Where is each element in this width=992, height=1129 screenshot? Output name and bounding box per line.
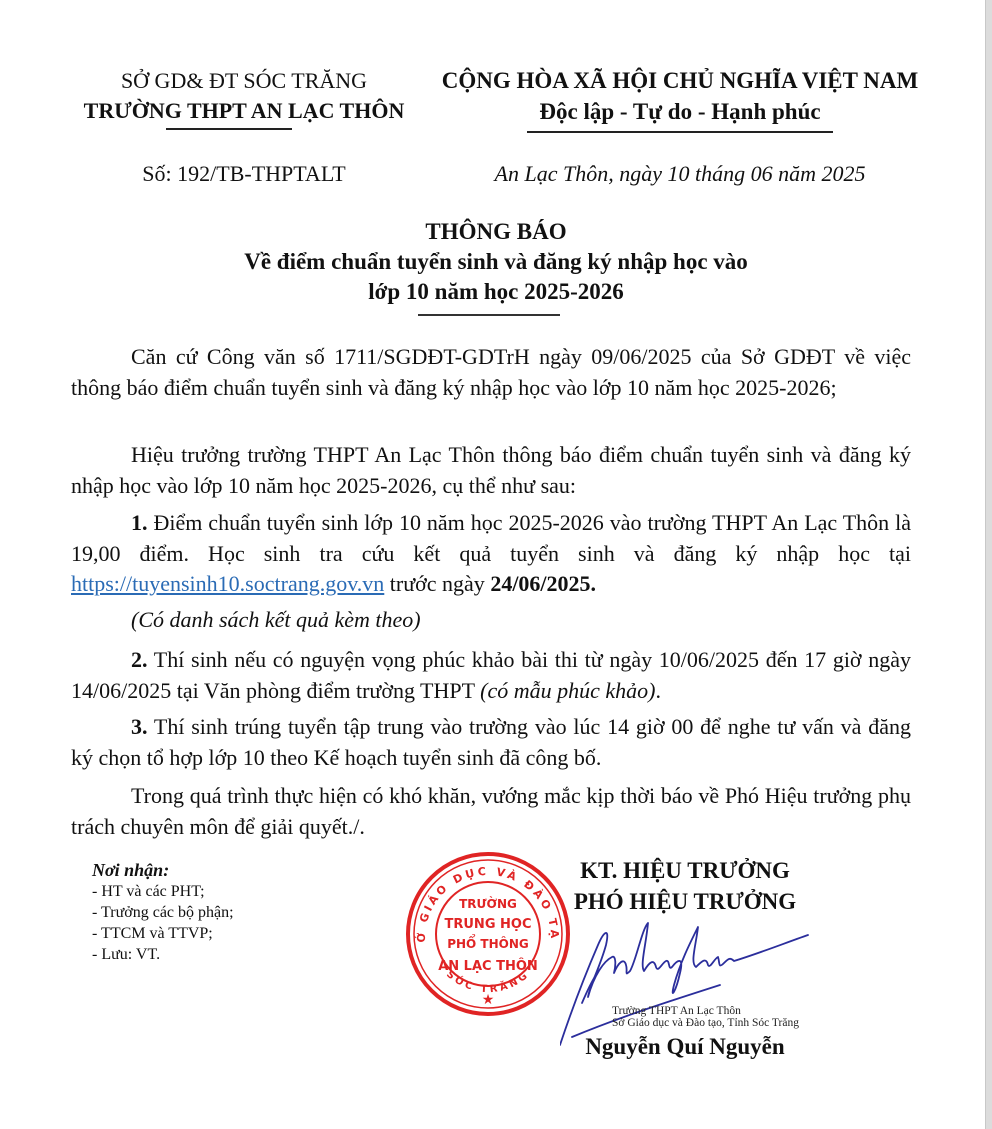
recipients-block: Nơi nhận: - HT và các PHT; - Trưởng các … — [92, 860, 234, 965]
item-1-paragraph: 1. Điểm chuẩn tuyển sinh lớp 10 năm học … — [71, 508, 911, 600]
item-3-text: Thí sinh trúng tuyển tập trung vào trườn… — [71, 714, 911, 770]
stamp-line: AN LẠC THÔN — [438, 958, 538, 974]
stamp-star-icon: ★ — [482, 993, 495, 1008]
closing-text: Trong quá trình thực hiện có khó khăn, v… — [71, 781, 911, 842]
document-subtitle-line2: lớp 10 năm học 2025-2026 — [0, 279, 992, 305]
motto-line: Độc lập - Tự do - Hạnh phúc — [430, 99, 930, 125]
recipient-item: - HT và các PHT; — [92, 881, 234, 902]
item-2-end: . — [656, 678, 662, 703]
agency-line: SỞ GD& ĐT SÓC TRĂNG — [64, 68, 424, 94]
stamp-line: TRUNG HỌC — [445, 917, 532, 932]
page-edge-gutter — [985, 0, 992, 1129]
closing-paragraph: Trong quá trình thực hiện có khó khăn, v… — [71, 781, 911, 842]
item-2-paragraph: 2. Thí sinh nếu có nguyện vọng phúc khảo… — [71, 645, 911, 706]
stamp-line: TRƯỜNG — [459, 896, 517, 911]
signer-name: Nguyễn Quí Nguyễn — [540, 1034, 830, 1060]
esign-organization: Trường THPT An Lạc Thôn — [612, 1005, 799, 1017]
basis-paragraph: Căn cứ Công văn số 1711/SGDĐT-GDTrH ngày… — [71, 342, 911, 403]
attachment-note-paragraph: (Có danh sách kết quả kèm theo) — [71, 605, 911, 636]
item-2-number: 2. — [131, 647, 148, 672]
item-1-text-after: trước ngày — [384, 571, 490, 596]
esign-department: Sở Giáo dục và Đào tạo, Tỉnh Sóc Trăng — [612, 1017, 799, 1029]
attachment-note: (Có danh sách kết quả kèm theo) — [71, 605, 911, 636]
signature-on-behalf: KT. HIỆU TRƯỞNG — [540, 858, 830, 884]
school-line: TRƯỜNG THPT AN LẠC THÔN — [64, 98, 424, 124]
nation-line: CỘNG HÒA XÃ HỘI CHỦ NGHĨA VIỆT NAM — [430, 68, 930, 94]
handwritten-signature-icon — [560, 905, 810, 1055]
recipients-heading: Nơi nhận: — [92, 860, 234, 881]
admission-portal-link[interactable]: https://tuyensinh10.soctrang.gov.vn — [71, 571, 384, 596]
recipient-item: - Lưu: VT. — [92, 944, 234, 965]
item-2-note: (có mẫu phúc khảo) — [480, 678, 655, 703]
recipient-item: - Trưởng các bộ phận; — [92, 902, 234, 923]
item-1-text: Điểm chuẩn tuyển sinh lớp 10 năm học 202… — [71, 510, 911, 566]
document-subtitle-line1: Về điểm chuẩn tuyển sinh và đăng ký nhập… — [0, 249, 992, 275]
item-3-number: 3. — [131, 714, 148, 739]
document-title: THÔNG BÁO — [0, 219, 992, 245]
school-underline — [166, 128, 292, 130]
recipient-item: - TTCM và TTVP; — [92, 923, 234, 944]
place-date: An Lạc Thôn, ngày 10 tháng 06 năm 2025 — [430, 161, 930, 187]
motto-underline — [527, 131, 833, 133]
intro-text: Hiệu trưởng trường THPT An Lạc Thôn thôn… — [71, 440, 911, 501]
title-underline — [418, 314, 560, 316]
document-number: Số: 192/TB-THPTALT — [64, 161, 424, 187]
item-1-deadline: 24/06/2025. — [490, 571, 596, 596]
digital-signature-info: Trường THPT An Lạc Thôn Sở Giáo dục và Đ… — [612, 1005, 799, 1029]
item-1-number: 1. — [131, 510, 148, 535]
stamp-line: PHỔ THÔNG — [447, 934, 529, 951]
intro-paragraph: Hiệu trưởng trường THPT An Lạc Thôn thôn… — [71, 440, 911, 501]
item-3-paragraph: 3. Thí sinh trúng tuyển tập trung vào tr… — [71, 712, 911, 773]
basis-text: Căn cứ Công văn số 1711/SGDĐT-GDTrH ngày… — [71, 342, 911, 403]
